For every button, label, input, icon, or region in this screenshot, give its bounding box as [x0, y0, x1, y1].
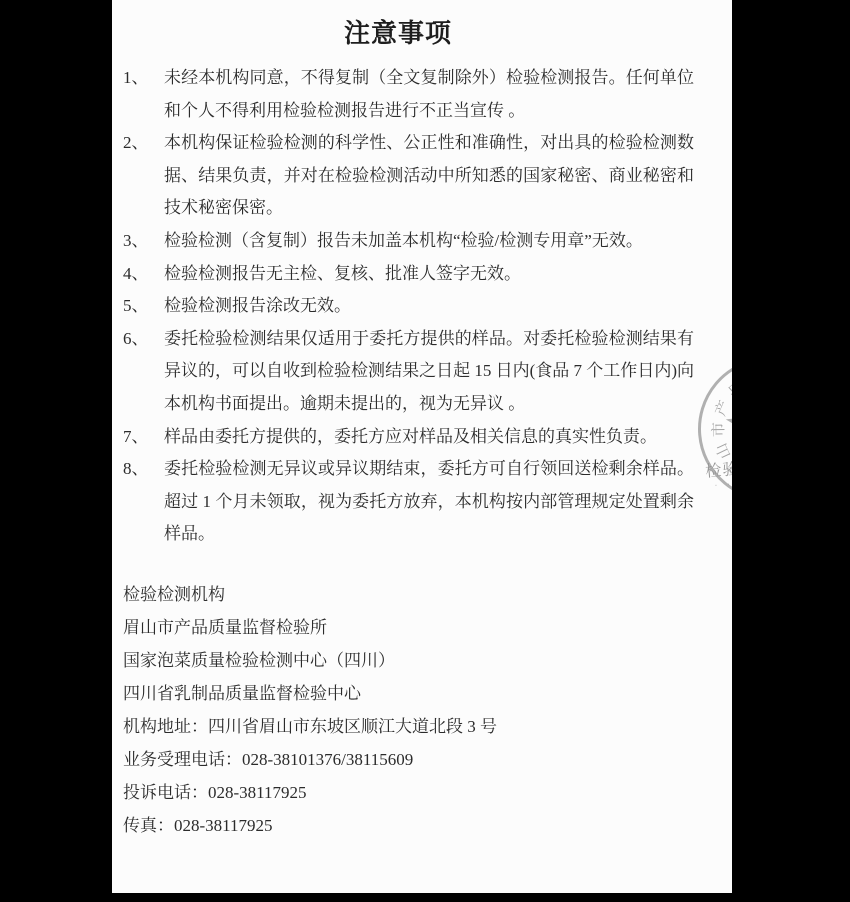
- note-item: 2、本机构保证检验检测的科学性、公正性和准确性，对出具的检验检测数据、结果负责，…: [112, 127, 732, 225]
- notice-page: 注意事项 1、未经本机构同意，不得复制（全文复制除外）检验检测报告。任何单位和个…: [112, 0, 732, 893]
- agency-heading: 检验检测机构: [123, 578, 723, 611]
- agency-line: 眉山市产品质量监督检验所: [123, 611, 723, 644]
- page-title: 注意事项: [112, 13, 684, 50]
- note-item: 4、检验检测报告无主检、复核、批准人签字无效。: [112, 258, 732, 291]
- agency-line: 机构地址：四川省眉山市东坡区顺江大道北段 3 号: [123, 710, 723, 743]
- note-text: 本机构保证检验检测的科学性、公正性和准确性，对出具的检验检测数据、结果负责，并对…: [164, 127, 694, 225]
- note-number: 2、: [123, 127, 149, 160]
- note-item: 3、检验检测（含复制）报告未加盖本机构“检验/检测专用章”无效。: [112, 225, 732, 258]
- note-line: 技术秘密保密。: [164, 192, 694, 225]
- note-line: 本机构保证检验检测的科学性、公正性和准确性，对出具的检验检测数: [164, 127, 694, 160]
- note-text: 检验检测（含复制）报告未加盖本机构“检验/检测专用章”无效。: [164, 225, 694, 258]
- note-item: 5、检验检测报告涂改无效。: [112, 290, 732, 323]
- note-item: 6、委托检验检测结果仅适用于委托方提供的样品。对委托检验检测结果有异议的，可以自…: [112, 323, 732, 421]
- note-number: 7、: [123, 421, 149, 454]
- note-text: 未经本机构同意，不得复制（全文复制除外）检验检测报告。任何单位和个人不得利用检验…: [164, 62, 694, 127]
- note-text: 检验检测报告无主检、复核、批准人签字无效。: [164, 258, 694, 291]
- note-item: 8、委托检验检测无异议或异议期结束，委托方可自行领回送检剩余样品。超过 1 个月…: [112, 453, 732, 551]
- note-line: 检验检测报告无主检、复核、批准人签字无效。: [164, 258, 694, 291]
- notes-list: 1、未经本机构同意，不得复制（全文复制除外）检验检测报告。任何单位和个人不得利用…: [112, 62, 732, 551]
- note-line: 委托检验检测无异议或异议期结束，委托方可自行领回送检剩余样品。: [164, 453, 694, 486]
- agency-line: 投诉电话：028-38117925: [123, 776, 723, 809]
- note-line: 和个人不得利用检验检测报告进行不正当宣传 。: [164, 95, 694, 128]
- agency-line: 传真：028-38117925: [123, 809, 723, 842]
- note-number: 6、: [123, 323, 149, 356]
- note-item: 7、样品由委托方提供的，委托方应对样品及相关信息的真实性负责。: [112, 421, 732, 454]
- note-item: 1、未经本机构同意，不得复制（全文复制除外）检验检测报告。任何单位和个人不得利用…: [112, 62, 732, 127]
- note-text: 样品由委托方提供的，委托方应对样品及相关信息的真实性负责。: [164, 421, 694, 454]
- note-number: 1、: [123, 62, 149, 95]
- note-number: 4、: [123, 258, 149, 291]
- seal-ring-char: 市: [707, 422, 728, 437]
- note-line: 异议的，可以自收到检验检测结果之日起 15 日内(食品 7 个工作日内)向: [164, 355, 694, 388]
- note-line: 超过 1 个月未领取，视为委托方放弃，本机构按内部管理规定处置剩余: [164, 486, 694, 519]
- note-line: 未经本机构同意，不得复制（全文复制除外）检验检测报告。任何单位: [164, 62, 694, 95]
- note-number: 5、: [123, 290, 149, 323]
- note-text: 检验检测报告涂改无效。: [164, 290, 694, 323]
- scanned-report-page: { "title": "注意事项", "notes": [ {"num": "1…: [0, 0, 850, 902]
- seal-small-marks: · · ·: [714, 478, 732, 490]
- agency-line: 国家泡菜质量检验检测中心（四川）: [123, 644, 723, 677]
- agency-info: 检验检测机构眉山市产品质量监督检验所国家泡菜质量检验检测中心（四川）四川省乳制品…: [123, 578, 723, 842]
- note-line: 检验检测（含复制）报告未加盖本机构“检验/检测专用章”无效。: [164, 225, 694, 258]
- note-line: 本机构书面提出。逾期未提出的，视为无异议 。: [164, 388, 694, 421]
- note-line: 样品。: [164, 518, 694, 551]
- note-line: 委托检验检测结果仅适用于委托方提供的样品。对委托检验检测结果有: [164, 323, 694, 356]
- note-number: 3、: [123, 225, 149, 258]
- agency-line: 业务受理电话：028-38101376/38115609: [123, 743, 723, 776]
- note-line: 据、结果负责，并对在检验检测活动中所知悉的国家秘密、商业秘密和: [164, 160, 694, 193]
- note-line: 样品由委托方提供的，委托方应对样品及相关信息的真实性负责。: [164, 421, 694, 454]
- note-number: 8、: [123, 453, 149, 486]
- note-text: 委托检验检测结果仅适用于委托方提供的样品。对委托检验检测结果有异议的，可以自收到…: [164, 323, 694, 421]
- note-line: 检验检测报告涂改无效。: [164, 290, 694, 323]
- agency-line: 四川省乳制品质量监督检验中心: [123, 677, 723, 710]
- note-text: 委托检验检测无异议或异议期结束，委托方可自行领回送检剩余样品。超过 1 个月未领…: [164, 453, 694, 551]
